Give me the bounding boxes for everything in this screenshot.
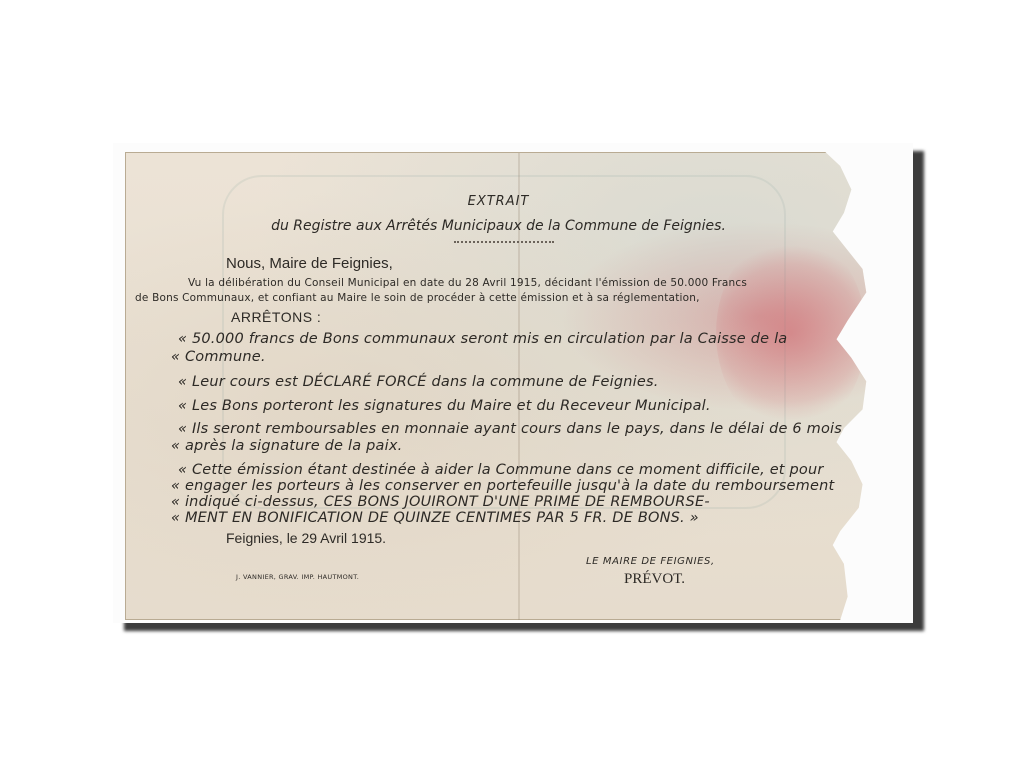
salutation: Nous, Maire de Feignies,: [226, 255, 393, 272]
decree-heading: ARRÊTONS :: [231, 309, 321, 325]
banknote: EXTRAIT du Registre aux Arrêtés Municipa…: [125, 152, 870, 620]
preamble-line-2: de Bons Communaux, et confiant au Maire …: [135, 292, 700, 304]
document-subheading: du Registre aux Arrêtés Municipaux de la…: [126, 218, 871, 234]
article-3: « Les Bons porteront les signatures du M…: [178, 398, 711, 414]
article-4-line-1: « Ils seront remboursables en monnaie ay…: [178, 421, 842, 437]
article-4-line-2: « après la signature de la paix.: [171, 438, 402, 454]
article-5-line-2: « engager les porteurs à les conserver e…: [171, 478, 834, 494]
printer-credit: J. VANNIER, GRAV. IMP. HAUTMONT.: [236, 573, 359, 581]
article-5-line-1: « Cette émission étant destinée à aider …: [178, 462, 824, 478]
article-5-line-3: « indiqué ci-dessus, CES BONS JOUIRONT D…: [171, 494, 710, 510]
signatory-title: LE MAIRE DE FEIGNIES,: [586, 556, 715, 567]
article-5-line-4: « MENT EN BONIFICATION DE QUINZE CENTIME…: [171, 510, 699, 526]
article-1-line-2: « Commune.: [171, 349, 266, 365]
document-heading: EXTRAIT: [126, 194, 871, 209]
ornamental-divider: [454, 237, 554, 243]
article-2: « Leur cours est DÉCLARÉ FORCÉ dans la c…: [178, 374, 659, 390]
preamble-line-1: Vu la délibération du Conseil Municipal …: [188, 277, 747, 289]
place-and-date: Feignies, le 29 Avril 1915.: [226, 530, 386, 546]
signatory-name: PRÉVOT.: [624, 571, 685, 588]
article-1-line-1: « 50.000 francs de Bons communaux seront…: [178, 331, 787, 347]
